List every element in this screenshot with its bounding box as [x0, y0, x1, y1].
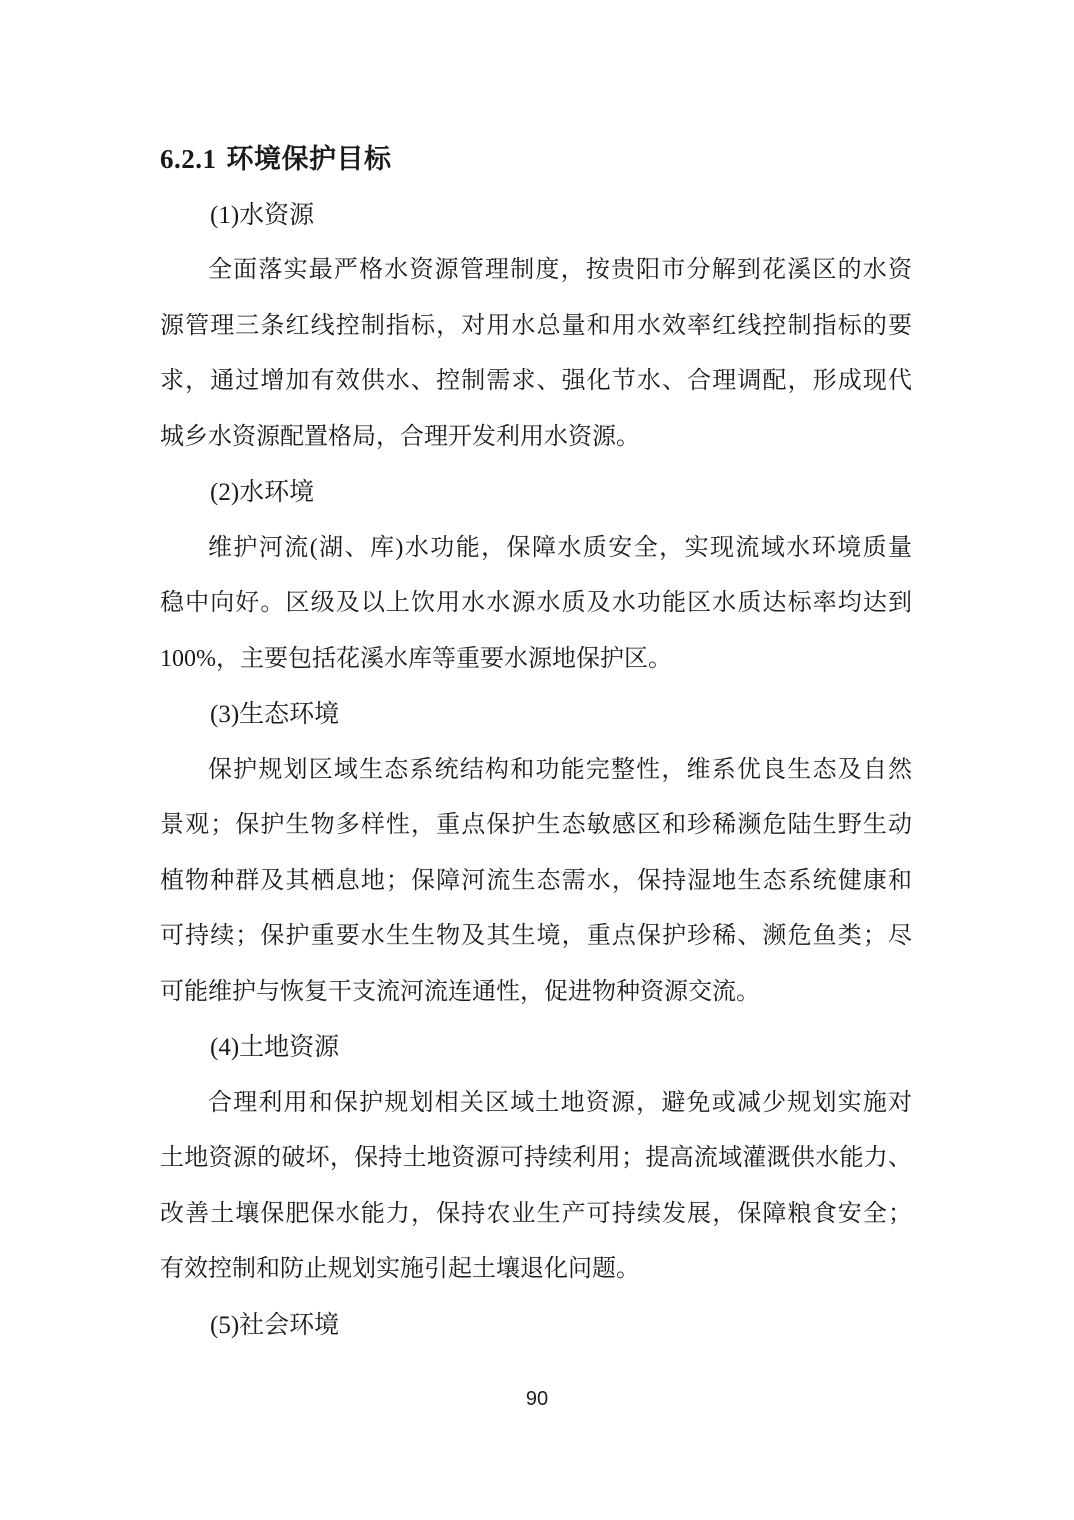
subsection-label: (4)土地资源 [160, 1020, 912, 1076]
text-line: 有效控制和防止规划实施引起土壤退化问题。 [160, 1242, 912, 1298]
text-line: 合理利用和保护规划相关区域土地资源，避免或减少规划实施对 [160, 1076, 912, 1132]
document-page: 6.2.1环境保护目标(1)水资源全面落实最严格水资源管理制度，按贵阳市分解到花… [0, 0, 1074, 1520]
text-line: 保护规划区域生态系统结构和功能完整性，维系优良生态及自然 [160, 743, 912, 799]
subsection-label: (3)生态环境 [160, 687, 912, 743]
text-line: 土地资源的破坏，保持土地资源可持续利用；提高流域灌溉供水能力、 [160, 1131, 912, 1187]
subsection-label: (2)水环境 [160, 465, 912, 521]
heading-number: 6.2.1 [160, 144, 217, 174]
text-line: 100%，主要包括花溪水库等重要水源地保护区。 [160, 632, 912, 688]
section-heading: 6.2.1环境保护目标 [160, 132, 912, 188]
text-line: 稳中向好。区级及以上饮用水水源水质及水功能区水质达标率均达到 [160, 576, 912, 632]
text-line: 全面落实最严格水资源管理制度，按贵阳市分解到花溪区的水资 [160, 243, 912, 299]
text-line: 可能维护与恢复干支流河流连通性，促进物种资源交流。 [160, 965, 912, 1021]
text-line: 植物种群及其栖息地；保障河流生态需水，保持湿地生态系统健康和 [160, 854, 912, 910]
subsection-label: (5)社会环境 [160, 1298, 912, 1354]
subsection-label: (1)水资源 [160, 188, 912, 244]
text-line: 维护河流(湖、库)水功能，保障水质安全，实现流域水环境质量 [160, 521, 912, 577]
heading-title: 环境保护目标 [227, 144, 392, 174]
page-number: 90 [0, 1384, 1074, 1414]
text-line: 景观；保护生物多样性，重点保护生态敏感区和珍稀濒危陆生野生动 [160, 798, 912, 854]
text-line: 城乡水资源配置格局，合理开发利用水资源。 [160, 410, 912, 466]
text-line: 求，通过增加有效供水、控制需求、强化节水、合理调配，形成现代 [160, 354, 912, 410]
text-line: 可持续；保护重要水生生物及其生境，重点保护珍稀、濒危鱼类；尽 [160, 909, 912, 965]
text-line: 源管理三条红线控制指标，对用水总量和用水效率红线控制指标的要 [160, 299, 912, 355]
document-body: 6.2.1环境保护目标(1)水资源全面落实最严格水资源管理制度，按贵阳市分解到花… [160, 132, 912, 1353]
text-line: 改善土壤保肥保水能力，保持农业生产可持续发展，保障粮食安全； [160, 1187, 912, 1243]
